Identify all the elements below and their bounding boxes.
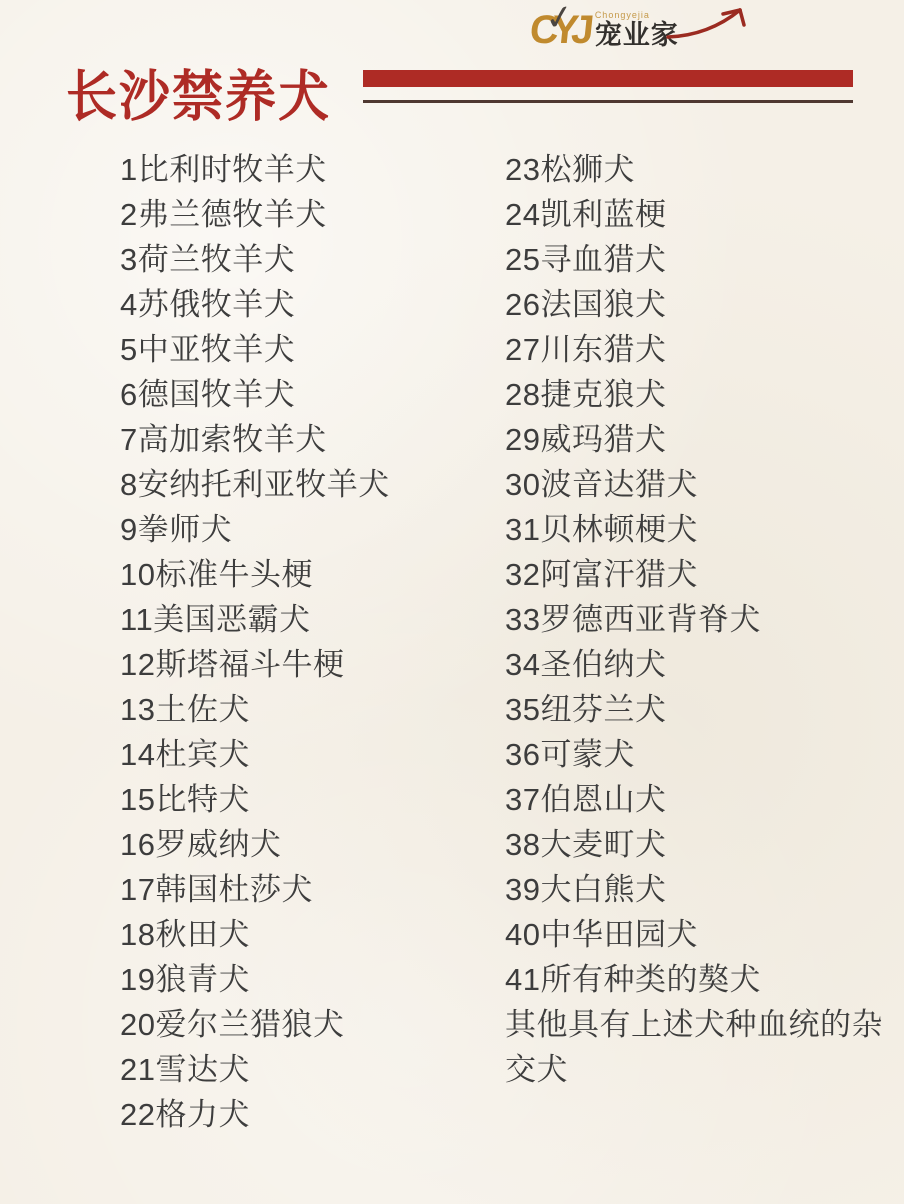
- brand-logo: CYJ ✓ Chongyejia 宠业家: [530, 8, 679, 52]
- breed-list-item: 39大白熊犬: [505, 867, 883, 912]
- breed-list-left: 1比利时牧羊犬2弗兰德牧羊犬3荷兰牧羊犬4苏俄牧羊犬5中亚牧羊犬6德国牧羊犬7高…: [120, 147, 500, 1137]
- breed-list-item: 其他具有上述犬种血统的杂交犬: [505, 1002, 883, 1092]
- breed-list-item: 25寻血猎犬: [505, 237, 883, 282]
- breed-list-item: 13土佐犬: [120, 687, 500, 732]
- breed-list-item: 29威玛猎犬: [505, 417, 883, 462]
- title-bar-decoration: [363, 70, 853, 87]
- page-title: 长沙禁养犬: [66, 52, 331, 132]
- breed-list-item: 14杜宾犬: [120, 732, 500, 777]
- brand-monogram: CYJ ✓: [528, 8, 589, 52]
- breed-list-item: 4苏俄牧羊犬: [120, 282, 500, 327]
- breed-list-item: 11美国恶霸犬: [120, 597, 500, 642]
- breed-list-item: 31贝林顿梗犬: [505, 507, 883, 552]
- breed-list-item: 23松狮犬: [505, 147, 883, 192]
- breed-list-item: 30波音达猎犬: [505, 462, 883, 507]
- breed-list-item: 36可蒙犬: [505, 732, 883, 777]
- breed-list-item: 41所有种类的獒犬: [505, 957, 883, 1002]
- breed-list-right: 23松狮犬24凯利蓝梗25寻血猎犬26法国狼犬27川东猎犬28捷克狼犬29威玛猎…: [505, 147, 883, 1092]
- checkmark-icon: ✓: [542, 0, 576, 42]
- breed-list-item: 19狼青犬: [120, 957, 500, 1002]
- breed-list-item: 12斯塔福斗牛梗: [120, 642, 500, 687]
- breed-list-item: 6德国牧羊犬: [120, 372, 500, 417]
- breed-list-item: 28捷克狼犬: [505, 372, 883, 417]
- breed-list-item: 40中华田园犬: [505, 912, 883, 957]
- breed-list-item: 32阿富汗猎犬: [505, 552, 883, 597]
- breed-list-item: 24凯利蓝梗: [505, 192, 883, 237]
- breed-list-item: 27川东猎犬: [505, 327, 883, 372]
- breed-list-item: 21雪达犬: [120, 1047, 500, 1092]
- breed-list-item: 5中亚牧羊犬: [120, 327, 500, 372]
- breed-list-item: 3荷兰牧羊犬: [120, 237, 500, 282]
- breed-list-item: 15比特犬: [120, 777, 500, 822]
- breed-list-item: 26法国狼犬: [505, 282, 883, 327]
- title-underline-decoration: [363, 100, 853, 103]
- breed-list-item: 10标准牛头梗: [120, 552, 500, 597]
- breed-list-item: 35纽芬兰犬: [505, 687, 883, 732]
- breed-list-item: 22格力犬: [120, 1092, 500, 1137]
- breed-list-item: 37伯恩山犬: [505, 777, 883, 822]
- breed-list-item: 7高加索牧羊犬: [120, 417, 500, 462]
- breed-list-item: 9拳师犬: [120, 507, 500, 552]
- breed-list-item: 1比利时牧羊犬: [120, 147, 500, 192]
- breed-list-item: 18秋田犬: [120, 912, 500, 957]
- breed-list-item: 2弗兰德牧羊犬: [120, 192, 500, 237]
- breed-list-item: 34圣伯纳犬: [505, 642, 883, 687]
- breed-list-item: 17韩国杜莎犬: [120, 867, 500, 912]
- breed-list-item: 8安纳托利亚牧羊犬: [120, 462, 500, 507]
- breed-list-item: 16罗威纳犬: [120, 822, 500, 867]
- breed-list-item: 33罗德西亚背脊犬: [505, 597, 883, 642]
- breed-list-item: 38大麦町犬: [505, 822, 883, 867]
- curved-arrow-icon: [666, 3, 752, 47]
- breed-list-item: 20爱尔兰猎狼犬: [120, 1002, 500, 1047]
